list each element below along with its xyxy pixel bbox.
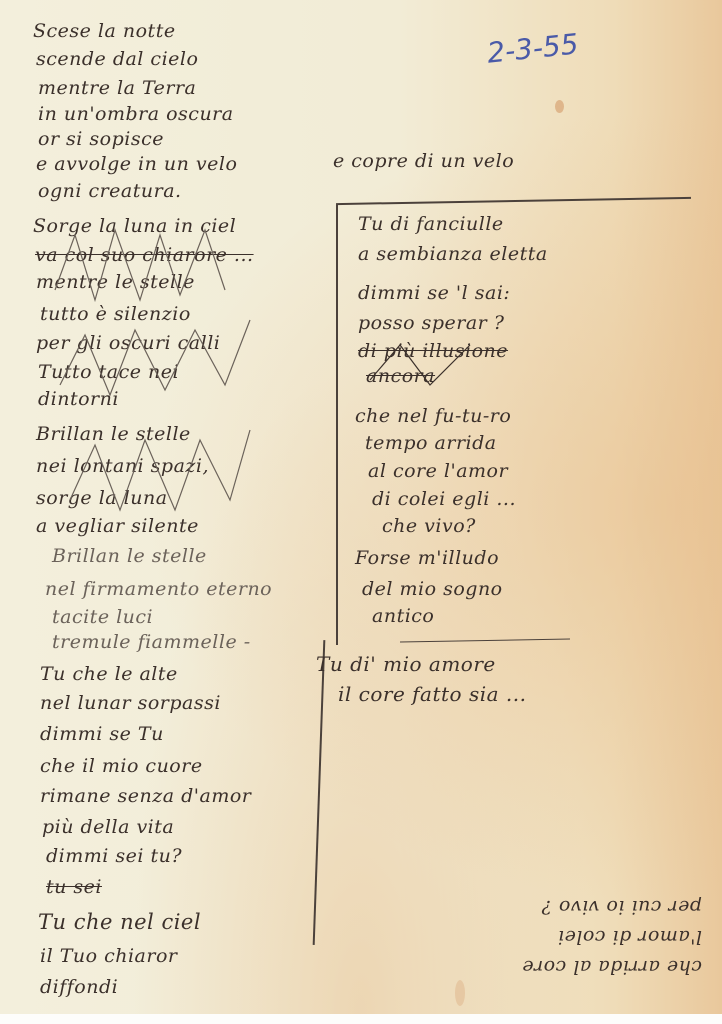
poem-line: che vivo? — [382, 515, 476, 537]
poem-line: l'amor di colei — [462, 926, 702, 948]
poem-line: Tu di fanciulle — [358, 213, 504, 235]
vertical-divider — [336, 205, 338, 645]
poem-line: scende dal cielo — [36, 48, 198, 70]
poem-line: dimmi sei tu? — [46, 845, 182, 867]
poem-line: tutto è silenzio — [40, 303, 191, 325]
poem-line: in un'ombra oscura — [38, 103, 234, 125]
vertical-divider — [313, 640, 325, 945]
poem-line: e avvolge in un velo — [36, 153, 237, 175]
poem-line: del mio sogno — [362, 578, 503, 600]
poem-line-crossed: va col suo chiarore ... — [35, 244, 254, 266]
poem-line: dimmi se Tu — [40, 723, 164, 745]
poem-line: nel lunar sorpassi — [40, 692, 221, 714]
date-annotation: 2-3-55 — [486, 27, 580, 69]
poem-line: il Tuo chiaror — [40, 945, 177, 967]
poem-line: Tu che nel ciel — [38, 910, 201, 934]
poem-line: tempo arrida — [365, 432, 497, 454]
poem-line-crossed: ancora — [366, 365, 435, 387]
poem-line: Scese la notte — [33, 20, 176, 42]
poem-line-pencil: Brillan le stelle — [52, 545, 207, 567]
poem-line: antico — [372, 605, 434, 627]
poem-line: sorge la luna — [36, 487, 168, 509]
paper-stain — [555, 100, 564, 113]
poem-line-pencil: tremule fiammelle - — [52, 631, 251, 653]
scan-border — [0, 1014, 722, 1024]
poem-line: posso sperar ? — [358, 312, 504, 334]
poem-line: dimmi se 'l sai: — [358, 282, 510, 304]
manuscript-page: 2-3-55 Scese la notte scende dal cielo m… — [0, 0, 722, 1014]
poem-line: che il mio cuore — [40, 755, 203, 777]
poem-line: Sorge la luna in ciel — [33, 215, 236, 237]
poem-line: Tu che le alte — [40, 663, 178, 685]
upside-down-note: che arrida al core l'amor di colei per c… — [462, 896, 702, 978]
poem-line: Forse m'illudo — [355, 547, 499, 569]
margin-note: e copre di un velo — [333, 150, 514, 172]
poem-line: che nel fu-tu-ro — [355, 405, 511, 427]
poem-line-pencil: nel firmamento eterno — [45, 578, 272, 600]
poem-line: più della vita — [42, 816, 174, 838]
poem-line: dintorni — [38, 388, 119, 410]
poem-line: nei lontani spazi, — [36, 455, 209, 477]
poem-line-pencil: tacite luci — [52, 606, 153, 628]
poem-line: a sembianza eletta — [358, 243, 548, 265]
poem-line: Brillan le stelle — [36, 423, 191, 445]
poem-line: mentre le stelle — [36, 271, 195, 293]
poem-line: al core l'amor — [368, 460, 508, 482]
horizontal-divider — [400, 639, 570, 643]
poem-line: ogni creatura. — [38, 180, 182, 202]
poem-line-crossed: di più illusione — [358, 340, 508, 362]
poem-line: per gli oscuri calli — [36, 332, 220, 354]
poem-line: a vegliar silente — [36, 515, 199, 537]
poem-line: diffondi — [40, 976, 118, 998]
poem-line: il core fatto sia ... — [338, 682, 526, 706]
poem-line: rimane senza d'amor — [40, 785, 251, 807]
poem-line-crossed: tu sei — [46, 876, 102, 898]
poem-line: che arrida al core — [462, 956, 702, 978]
poem-line: Tutto tace nei — [38, 361, 179, 383]
poem-line: or si sopisce — [38, 128, 164, 150]
paper-stain — [455, 980, 465, 1006]
poem-line: mentre la Terra — [38, 77, 196, 99]
horizontal-divider — [336, 197, 691, 205]
poem-line: Tu di' mio amore — [316, 652, 496, 676]
poem-line: di colei egli ... — [372, 488, 516, 510]
poem-line: per cui io vivo ? — [462, 896, 702, 918]
